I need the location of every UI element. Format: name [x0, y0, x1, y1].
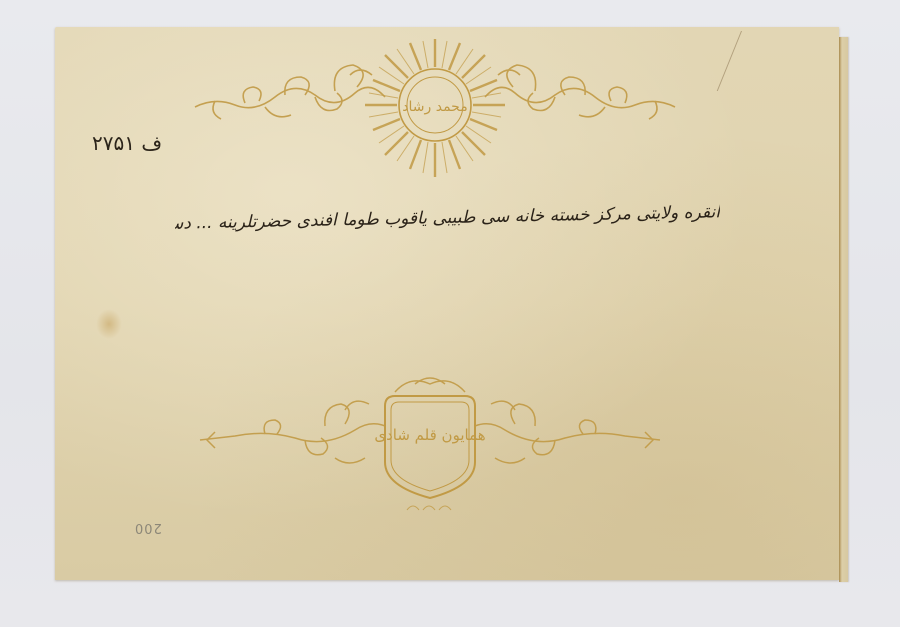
envelope-flap-edge: [839, 37, 848, 582]
pencil-mark: 200: [134, 520, 162, 535]
paper-stain: [96, 309, 122, 339]
top-sunburst-ornament-icon: محمد رشاد: [185, 35, 685, 185]
bottom-cartouche-ornament-icon: همایون قلم شادی: [195, 370, 665, 525]
svg-text:همایون قلم شادی: همایون قلم شادی: [374, 426, 485, 444]
svg-text:محمد رشاد: محمد رشاد: [402, 99, 467, 115]
reference-number: ف ۲۷۵۱: [92, 131, 162, 155]
